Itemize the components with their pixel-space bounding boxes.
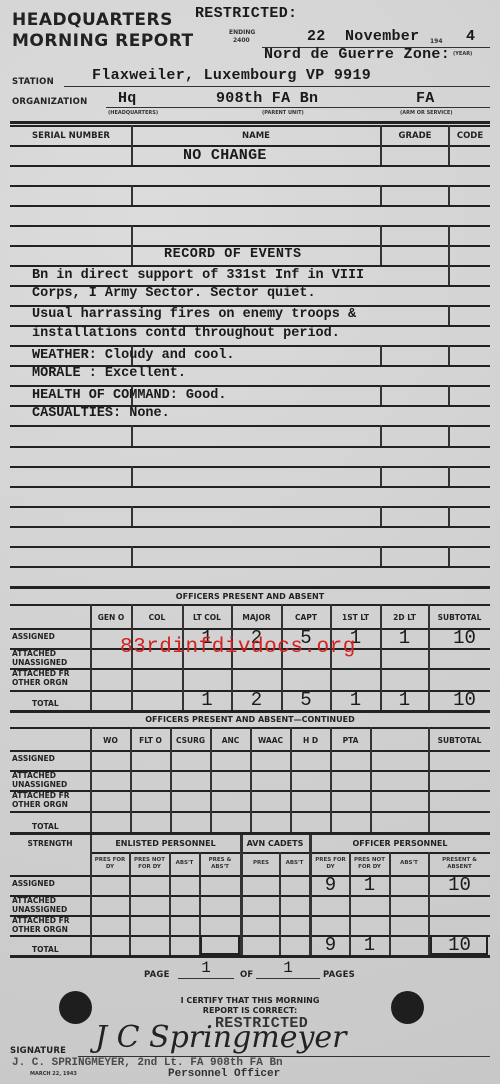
rule-line: [10, 486, 490, 488]
row-assigned: ASSIGNED: [12, 633, 55, 642]
col-1st-lt: 1ST LT: [331, 613, 380, 622]
col-grade: GRADE: [382, 131, 448, 141]
binder-hole-left: [59, 991, 92, 1024]
col-csurg: CSURG: [171, 736, 210, 745]
rule-line: [10, 875, 490, 877]
col-enl-pres-for-dy: PRES FOR DY: [91, 857, 129, 871]
col-off-present-absent: PRESENT & ABSENT: [429, 857, 490, 871]
rule-line: [10, 955, 490, 958]
col-hd: H D: [291, 736, 330, 745]
col-code: CODE: [450, 131, 490, 141]
total-capt: 5: [282, 689, 330, 711]
col-divider: [448, 305, 450, 325]
group-officer-personnel: OFFICER PERSONNEL: [310, 839, 490, 848]
col-divider: [448, 225, 450, 245]
col-2d-lt: 2D LT: [381, 613, 428, 622]
title-morning-report: MORNING REPORT: [12, 31, 194, 51]
assigned-off-pres-not-for-dy: 1: [350, 874, 389, 896]
col-divider: [380, 225, 382, 245]
col-divider: [448, 385, 450, 405]
binder-hole-right: [391, 991, 424, 1024]
station-value: Flaxweiler, Luxembourg VP 9919: [92, 67, 371, 84]
certify-line-1: I CERTIFY THAT THIS MORNING: [140, 996, 360, 1005]
title-headquarters: HEADQUARTERS: [12, 10, 173, 30]
total-off-pres-for-dy: 9: [312, 934, 349, 956]
col-divider: [448, 145, 450, 165]
col-divider: [448, 546, 450, 566]
col-cadet-pres: PRES: [243, 860, 279, 867]
col-cadet-abst: ABS'T: [280, 860, 309, 867]
col-divider: [448, 185, 450, 205]
col-divider: [131, 185, 133, 205]
org-arm-caption: (ARM OR SERVICE): [400, 110, 453, 117]
date-day: 22: [307, 28, 326, 45]
rule-line: [10, 385, 490, 387]
record-of-events-title: RECORD OF EVENTS: [164, 247, 302, 262]
ending-time-label: 2400: [233, 37, 250, 44]
row-assigned: ASSIGNED: [12, 880, 55, 889]
col-capt: CAPT: [282, 613, 330, 622]
col-name: NAME: [132, 131, 380, 141]
row-attached-other-orgn: ATTACHED FR OTHER ORGN: [12, 792, 88, 809]
col-divider: [131, 125, 133, 145]
assigned-off-pres-for-dy: 9: [312, 874, 349, 896]
form-date-note: MARCH 22, 1943: [30, 1071, 77, 1078]
rule-line: [10, 566, 490, 568]
col-divider: [131, 245, 133, 265]
org-headquarters: Hq: [118, 90, 137, 107]
col-col: COL: [132, 613, 182, 622]
total-off-pres-not-for-dy: 1: [350, 934, 389, 956]
certify-line-2: REPORT IS CORRECT:: [140, 1006, 360, 1015]
signature-label: SIGNATURE: [10, 1046, 66, 1056]
row-total: TOTAL: [32, 823, 59, 832]
row-attached-unassigned: ATTACHED UNASSIGNED: [12, 772, 88, 789]
row-attached-other-orgn: ATTACHED FR OTHER ORGN: [12, 670, 88, 687]
page-total: 1: [256, 959, 320, 977]
officers-continued-title: OFFICERS PRESENT AND ABSENT—CONTINUED: [10, 715, 490, 724]
col-divider: [131, 506, 133, 526]
year-prefix: 194: [430, 38, 443, 45]
rule-line: [10, 265, 490, 267]
organization-label: ORGANIZATION: [12, 97, 87, 107]
col-divider: [380, 425, 382, 446]
row-attached-other-orgn: ATTACHED FR OTHER ORGN: [12, 917, 88, 934]
organization-underline: [106, 107, 490, 108]
rule-line: [10, 586, 490, 589]
rule-line: [10, 466, 490, 468]
total-lt-col: 1: [183, 689, 231, 711]
group-avn-cadets: AVN CADETS: [242, 839, 308, 848]
col-subtotal-continued: SUBTOTAL: [429, 736, 490, 745]
event-weather: WEATHER: Cloudy and cool.: [32, 348, 235, 363]
strength-label: STRENGTH: [10, 839, 90, 848]
total-1st-lt: 1: [331, 689, 380, 711]
classification-stamp: RESTRICTED:: [195, 5, 297, 22]
rule-line: [90, 852, 490, 854]
watermark-text: 83rdinfdivdocs.org: [120, 636, 356, 659]
col-divider: [131, 466, 133, 486]
col-divider: [448, 425, 450, 446]
col-divider: [380, 466, 382, 486]
section-divider: [10, 121, 490, 124]
org-arm-service: FA: [416, 90, 435, 107]
rule-line: [10, 546, 490, 548]
rule-line: [10, 446, 490, 448]
org-parent-unit: 908th FA Bn: [216, 90, 318, 107]
col-off-pres-for-dy: PRES FOR DY: [312, 857, 349, 871]
col-subtotal: SUBTOTAL: [429, 613, 490, 622]
col-divider: [380, 385, 382, 405]
col-divider: [380, 185, 382, 205]
col-wo: WO: [91, 736, 130, 745]
total-major: 2: [232, 689, 281, 711]
event-line-1: Bn in direct support of 331st Inf in VII…: [32, 268, 364, 283]
rule-line: [10, 165, 490, 167]
total-subtotal: 10: [429, 689, 490, 711]
pages-label: PAGES: [323, 970, 355, 980]
no-change-entry: NO CHANGE: [183, 147, 267, 164]
ending-label: ENDING: [229, 29, 255, 36]
col-waac: WAAC: [251, 736, 290, 745]
rule-line: [10, 526, 490, 528]
total-off-present-absent: 10: [429, 934, 490, 956]
row-attached-unassigned: ATTACHED UNASSIGNED: [12, 897, 88, 914]
station-label: STATION: [12, 77, 54, 87]
col-divider: [448, 245, 450, 265]
rule-line: [10, 604, 490, 606]
col-pta: PTA: [331, 736, 370, 745]
col-off-abst: ABS'T: [390, 860, 428, 867]
col-divider: [389, 852, 391, 955]
assigned-2d-lt: 1: [381, 627, 428, 649]
event-line-4: installations contd throughout period.: [32, 326, 340, 341]
page-number-underline: [178, 978, 234, 979]
col-enl-pres-abst: PRES & ABS'T: [200, 857, 240, 871]
col-divider: [380, 345, 382, 365]
col-major: MAJOR: [232, 613, 281, 622]
officers-table-title: OFFICERS PRESENT AND ABSENT: [10, 592, 490, 601]
col-enl-pres-not-for-dy: PRES NOT FOR DY: [130, 857, 169, 871]
col-divider: [131, 425, 133, 446]
handwritten-signature: J C Springmeyer: [95, 1020, 347, 1055]
col-divider: [448, 125, 450, 145]
org-parent-caption: (PARENT UNIT): [262, 110, 304, 117]
col-divider: [380, 245, 382, 265]
col-divider: [448, 345, 450, 365]
col-divider: [90, 835, 92, 955]
col-enl-abst: ABS'T: [170, 860, 199, 867]
col-divider: [370, 727, 372, 832]
page-label: PAGE: [144, 970, 170, 980]
col-divider: [131, 145, 133, 165]
of-label: OF: [240, 970, 253, 980]
total-2d-lt: 1: [381, 689, 428, 711]
morning-report-card: HEADQUARTERS MORNING REPORT RESTRICTED: …: [0, 0, 500, 1084]
col-off-pres-not-for-dy: PRES NOT FOR DY: [350, 857, 389, 871]
row-total: TOTAL: [32, 946, 59, 955]
event-line-2: Corps, I Army Sector. Sector quiet.: [32, 286, 316, 301]
col-divider: [448, 466, 450, 486]
col-divider: [448, 265, 450, 285]
col-gen-o: GEN O: [91, 613, 131, 622]
event-casualties: CASUALTIES: None.: [32, 406, 170, 421]
year-caption: (YEAR): [453, 51, 472, 58]
rule-line: [10, 185, 490, 187]
event-line-3: Usual harrassing fires on enemy troops &: [32, 307, 356, 322]
rule-line: [10, 345, 490, 347]
col-divider: [131, 225, 133, 245]
col-divider: [448, 506, 450, 526]
row-assigned: ASSIGNED: [12, 755, 55, 764]
group-enlisted-personnel: ENLISTED PERSONNEL: [91, 839, 240, 848]
col-anc: ANC: [211, 736, 250, 745]
rule-line: [10, 425, 490, 427]
signature-title: Personnel Officer: [168, 1068, 280, 1080]
enl-total-box: [200, 935, 240, 955]
page-number: 1: [178, 959, 234, 977]
col-divider: [131, 546, 133, 566]
station-underline: [64, 86, 490, 87]
row-attached-unassigned: ATTACHED UNASSIGNED: [12, 650, 88, 667]
assigned-off-present-absent: 10: [429, 874, 490, 896]
rule-line: [10, 832, 490, 835]
row-total: TOTAL: [32, 700, 59, 709]
event-health: HEALTH OF COMMAND: Good.: [32, 388, 226, 403]
col-divider: [380, 125, 382, 145]
col-lt-col: LT COL: [183, 613, 231, 622]
rule-line: [10, 506, 490, 508]
col-divider: [240, 835, 243, 955]
rule-line: [10, 935, 490, 937]
section-divider: [10, 125, 490, 127]
col-divider: [380, 145, 382, 165]
event-morale: MORALE : Excellent.: [32, 366, 186, 381]
col-divider: [279, 852, 281, 955]
rule-line: [10, 205, 490, 207]
org-headquarters-caption: (HEADQUARTERS): [108, 110, 158, 117]
col-divider: [380, 506, 382, 526]
col-divider: [380, 546, 382, 566]
location-note: Nord de Guerre Zone:: [264, 46, 450, 63]
page-total-underline: [256, 978, 320, 979]
assigned-subtotal: 10: [429, 627, 490, 649]
col-serial-number: SERIAL NUMBER: [14, 131, 128, 141]
col-divider: [169, 852, 171, 955]
year-digit: 4: [466, 28, 475, 45]
rule-line: [10, 225, 490, 227]
date-month: November: [345, 28, 419, 45]
col-flt-o: FLT O: [131, 736, 170, 745]
